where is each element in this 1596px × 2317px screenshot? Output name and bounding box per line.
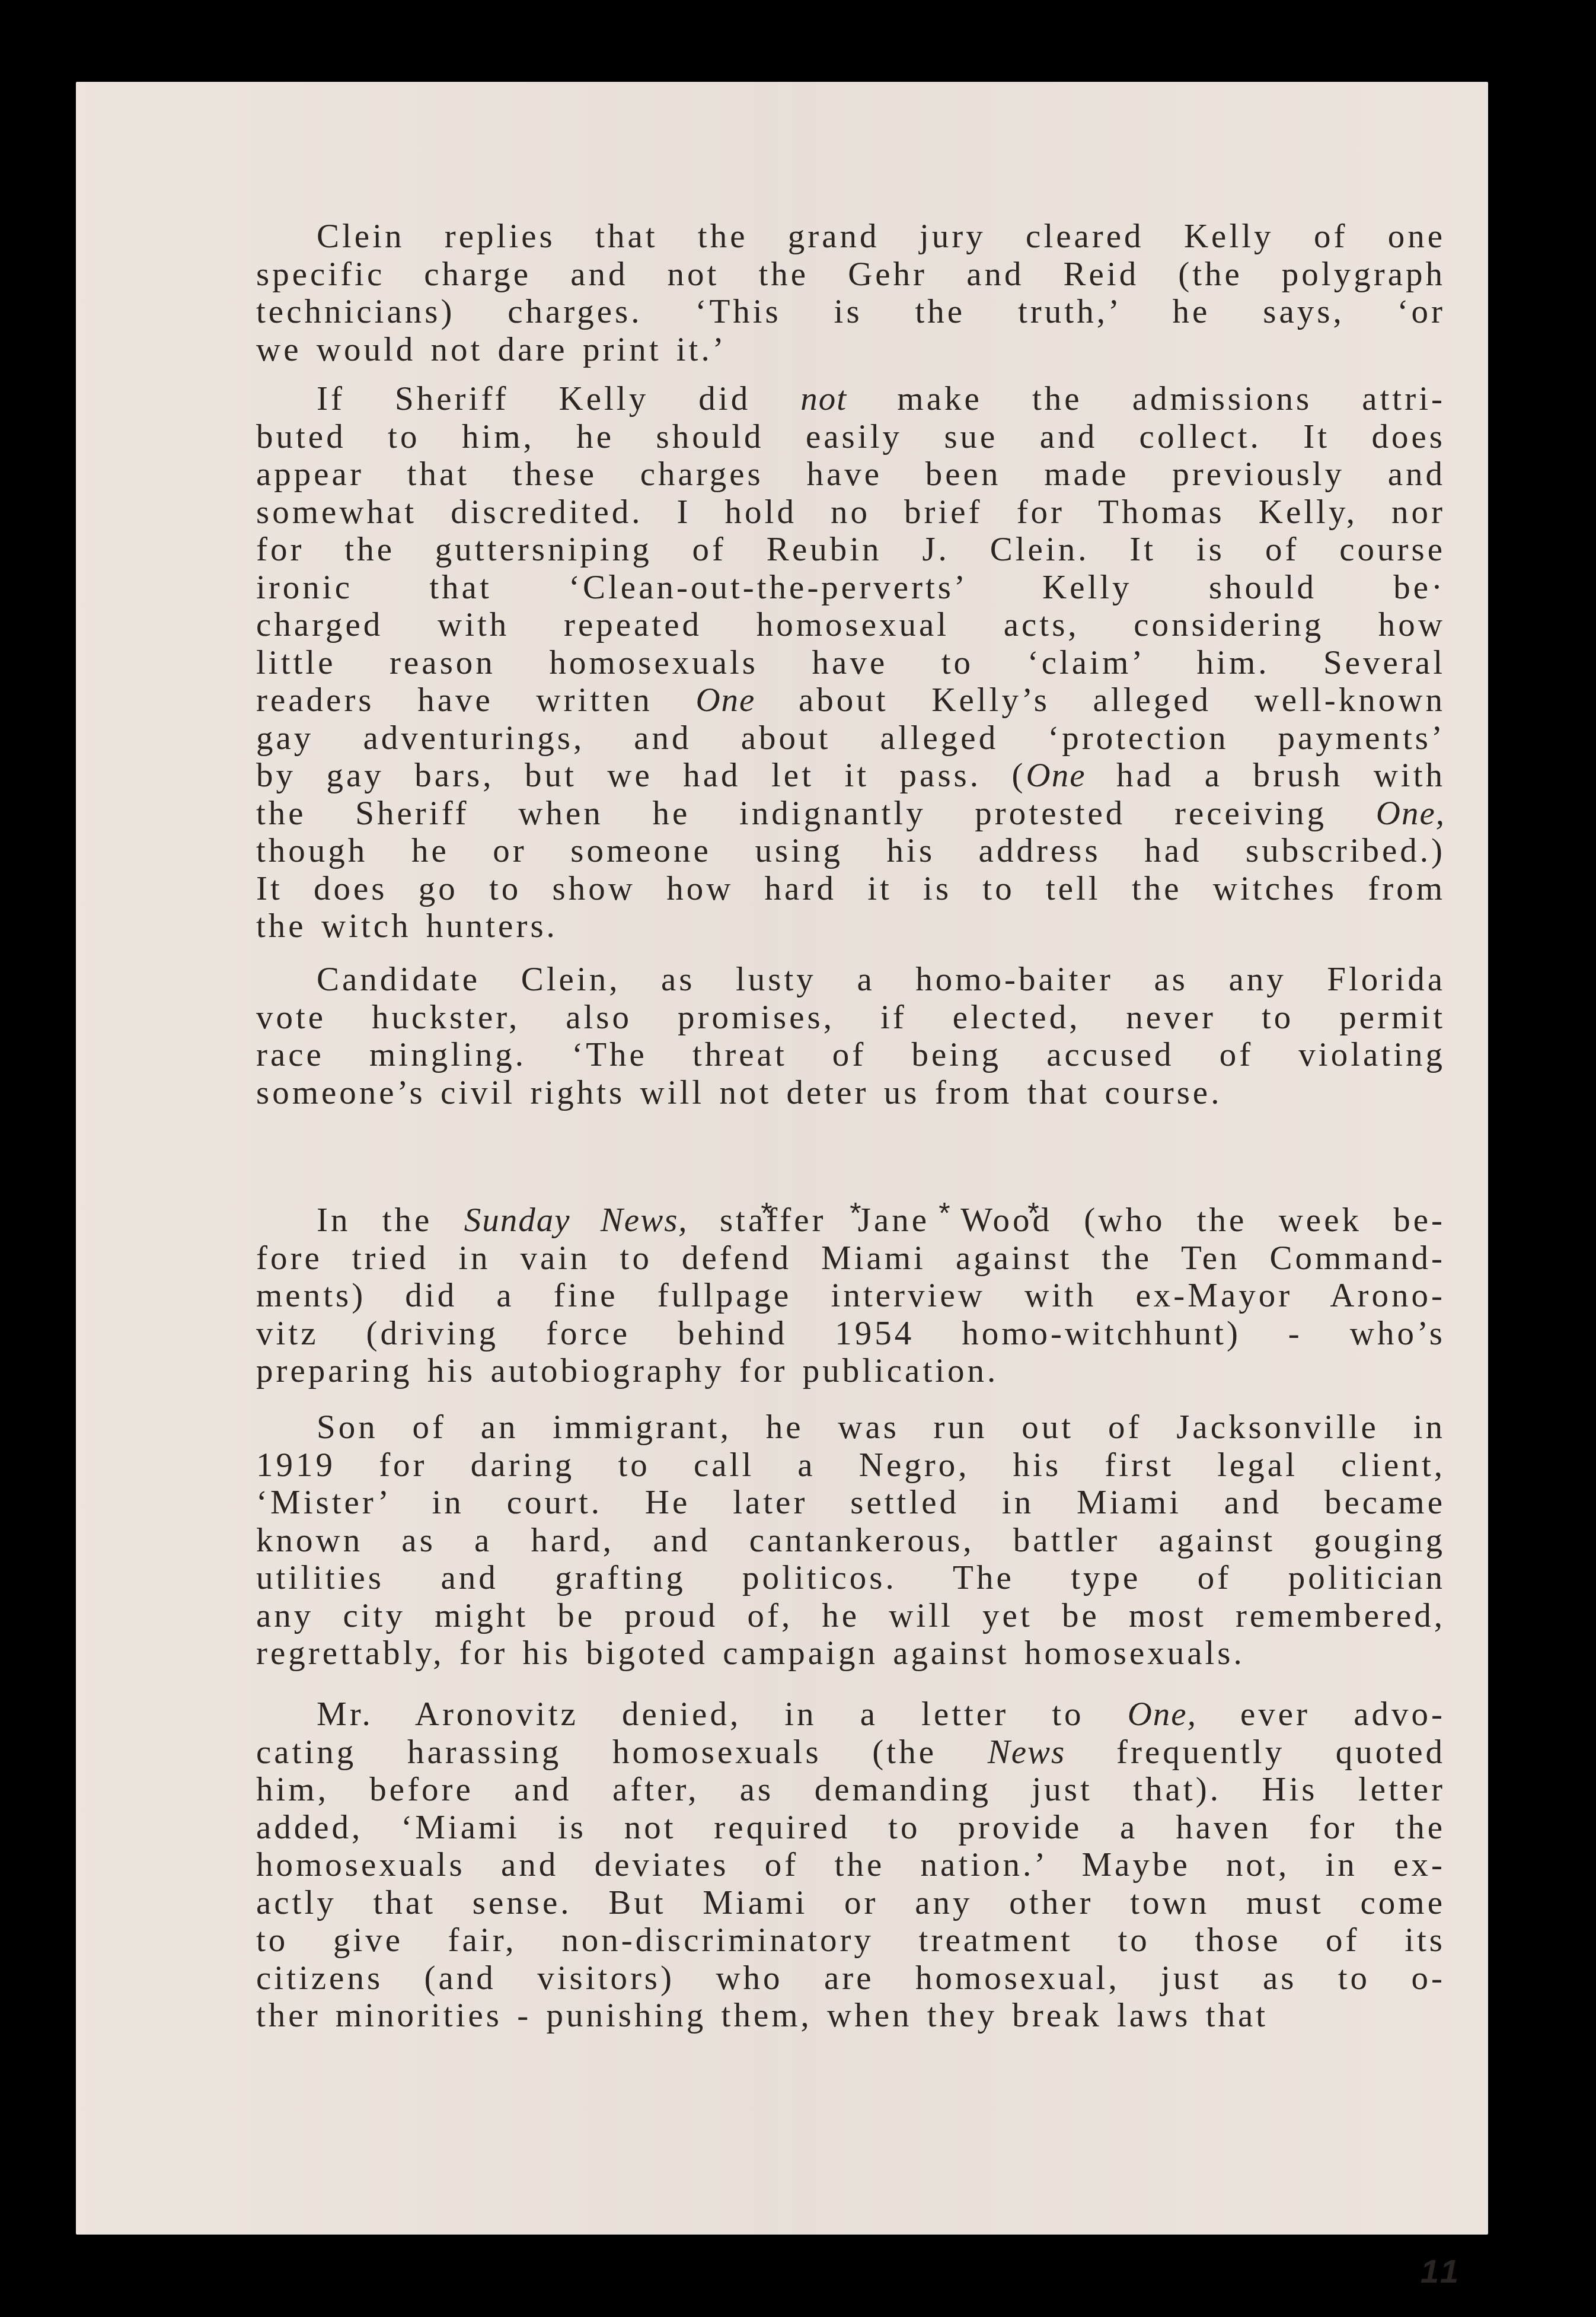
- italic-text: not: [800, 380, 847, 417]
- text-run: to give fair, non-discriminatory treatme…: [256, 1921, 1445, 1959]
- text-line: It does go to show how hard it is to tel…: [256, 870, 1445, 908]
- text-run: though he or someone using his address h…: [256, 832, 1445, 869]
- text-line: technicians) charges. ‘This is the truth…: [256, 293, 1445, 331]
- text-run: actly that sense. But Miami or any other…: [256, 1884, 1445, 1921]
- text-run: vitz (driving force behind 1954 homo-wit…: [256, 1315, 1445, 1352]
- text-run: ‘Mister’ in court. He later settled in M…: [256, 1484, 1445, 1521]
- text-line: for the guttersniping of Reubin J. Clein…: [256, 531, 1445, 569]
- text-run: cating harassing homosexuals (the: [256, 1733, 988, 1771]
- text-line: ‘Mister’ in court. He later settled in M…: [256, 1484, 1445, 1522]
- text-run: somewhat discredited. I hold no brief fo…: [256, 493, 1445, 531]
- text-line: race mingling. ‘The threat of being accu…: [256, 1036, 1445, 1074]
- italic-text: Sunday News,: [464, 1201, 688, 1239]
- text-line: the Sheriff when he indignantly proteste…: [256, 795, 1445, 833]
- text-line: ther minorities - punishing them, when t…: [256, 1997, 1445, 2035]
- text-line: Clein replies that the grand jury cleare…: [256, 218, 1445, 256]
- italic-text: News: [988, 1733, 1066, 1771]
- text-run: utilities and grafting politicos. The ty…: [256, 1559, 1445, 1596]
- text-run: someone’s civil rights will not deter us…: [256, 1074, 1222, 1111]
- text-line: any city might be proud of, he will yet …: [256, 1597, 1445, 1635]
- text-line: Mr. Aronovitz denied, in a letter to One…: [256, 1695, 1445, 1733]
- text-line: readers have written One about Kelly’s a…: [256, 681, 1445, 719]
- text-run: 1919 for daring to call a Negro, his fir…: [256, 1446, 1445, 1484]
- text-run: by gay bars, but we had let it pass. (: [256, 757, 1026, 794]
- text-run: little reason homosexuals have to ‘claim…: [256, 644, 1445, 681]
- text-run: known as a hard, and cantankerous, battl…: [256, 1522, 1445, 1559]
- text-run: specific charge and not the Gehr and Rei…: [256, 256, 1445, 293]
- text-run: added, ‘Miami is not required to provide…: [256, 1809, 1445, 1846]
- text-line: buted to him, he should easily sue and c…: [256, 418, 1445, 456]
- text-run: If Sheriff Kelly did: [317, 380, 800, 417]
- text-line: though he or someone using his address h…: [256, 832, 1445, 870]
- text-line: citizens (and visitors) who are homosexu…: [256, 1959, 1445, 1997]
- text-line: vitz (driving force behind 1954 homo-wit…: [256, 1315, 1445, 1353]
- text-run: Son of an immigrant, he was run out of J…: [317, 1408, 1445, 1446]
- text-run: make the admissions attri-: [847, 380, 1445, 417]
- text-line: If Sheriff Kelly did not make the admiss…: [256, 380, 1445, 418]
- text-run: homosexuals and deviates of the nation.’…: [256, 1846, 1445, 1883]
- text-line: we would not dare print it.’: [256, 331, 1445, 369]
- paragraph-3: Candidate Clein, as lusty a homo-baiter …: [256, 961, 1445, 1111]
- text-run: Candidate Clein, as lusty a homo-baiter …: [317, 961, 1445, 998]
- text-line: utilities and grafting politicos. The ty…: [256, 1559, 1445, 1597]
- text-line: homosexuals and deviates of the nation.’…: [256, 1846, 1445, 1884]
- text-run: technicians) charges. ‘This is the truth…: [256, 293, 1445, 330]
- text-line: ironic that ‘Clean-out-the-perverts’ Kel…: [256, 569, 1445, 607]
- text-line: someone’s civil rights will not deter us…: [256, 1074, 1445, 1112]
- text-line: 1919 for daring to call a Negro, his fir…: [256, 1446, 1445, 1484]
- text-run: the witch hunters.: [256, 907, 558, 945]
- text-line: regrettably, for his bigoted campaign ag…: [256, 1634, 1445, 1672]
- text-run: for the guttersniping of Reubin J. Clein…: [256, 531, 1445, 568]
- text-line: to give fair, non-discriminatory treatme…: [256, 1921, 1445, 1959]
- text-line: preparing his autobiography for publicat…: [256, 1352, 1445, 1390]
- text-line: Candidate Clein, as lusty a homo-baiter …: [256, 961, 1445, 999]
- text-run: appear that these charges have been made…: [256, 455, 1445, 493]
- text-line: somewhat discredited. I hold no brief fo…: [256, 493, 1445, 531]
- text-run: readers have written: [256, 681, 695, 719]
- text-line: known as a hard, and cantankerous, battl…: [256, 1522, 1445, 1560]
- text-run: regrettably, for his bigoted campaign ag…: [256, 1634, 1245, 1672]
- text-run: frequently quoted: [1065, 1733, 1445, 1771]
- text-line: specific charge and not the Gehr and Rei…: [256, 256, 1445, 294]
- text-run: vote huckster, also promises, if elected…: [256, 999, 1445, 1036]
- text-line: gay adventurings, and about alleged ‘pro…: [256, 719, 1445, 757]
- text-run: It does go to show how hard it is to tel…: [256, 870, 1445, 907]
- text-run: ever advo-: [1197, 1695, 1445, 1733]
- text-line: appear that these charges have been made…: [256, 455, 1445, 493]
- text-line: the witch hunters.: [256, 907, 1445, 945]
- text-run: gay adventurings, and about alleged ‘pro…: [256, 719, 1445, 757]
- page-number: 11: [1421, 2254, 1462, 2289]
- text-run: In the: [317, 1201, 464, 1239]
- text-line: Son of an immigrant, he was run out of J…: [256, 1408, 1445, 1446]
- text-run: ments) did a fine fullpage interview wit…: [256, 1277, 1445, 1314]
- paragraph-5: Son of an immigrant, he was run out of J…: [256, 1408, 1445, 1672]
- text-run: fore tried in vain to defend Miami again…: [256, 1239, 1445, 1277]
- text-line: little reason homosexuals have to ‘claim…: [256, 644, 1445, 682]
- paragraph-4: In the Sunday News, staffer Jane Wood (w…: [256, 1201, 1445, 1390]
- text-line: him, before and after, as demanding just…: [256, 1771, 1445, 1809]
- italic-text: One,: [1376, 795, 1445, 832]
- text-line: fore tried in vain to defend Miami again…: [256, 1239, 1445, 1277]
- italic-text: One,: [1128, 1695, 1197, 1733]
- text-run: Mr. Aronovitz denied, in a letter to: [317, 1695, 1128, 1733]
- document-page: * * * * 11 Clein replies that the grand …: [76, 82, 1488, 2235]
- text-line: by gay bars, but we had let it pass. (On…: [256, 757, 1445, 795]
- text-line: added, ‘Miami is not required to provide…: [256, 1809, 1445, 1847]
- paragraph-1: Clein replies that the grand jury cleare…: [256, 218, 1445, 368]
- text-run: Clein replies that the grand jury cleare…: [317, 218, 1445, 255]
- text-run: had a brush with: [1086, 757, 1445, 794]
- italic-text: One: [1026, 757, 1086, 794]
- text-run: citizens (and visitors) who are homosexu…: [256, 1959, 1445, 1997]
- text-run: him, before and after, as demanding just…: [256, 1771, 1445, 1808]
- text-run: race mingling. ‘The threat of being accu…: [256, 1036, 1445, 1073]
- paragraph-2: If Sheriff Kelly did not make the admiss…: [256, 380, 1445, 945]
- text-run: buted to him, he should easily sue and c…: [256, 418, 1445, 455]
- text-run: staffer Jane Wood (who the week be-: [688, 1201, 1445, 1239]
- text-line: cating harassing homosexuals (the News f…: [256, 1733, 1445, 1771]
- italic-text: One: [695, 681, 755, 719]
- text-run: preparing his autobiography for publicat…: [256, 1352, 998, 1389]
- text-line: actly that sense. But Miami or any other…: [256, 1884, 1445, 1922]
- text-run: any city might be proud of, he will yet …: [256, 1597, 1445, 1634]
- text-run: ironic that ‘Clean-out-the-perverts’ Kel…: [256, 569, 1445, 606]
- text-run: about Kelly’s alleged well-known: [755, 681, 1445, 719]
- text-run: the Sheriff when he indignantly proteste…: [256, 795, 1376, 832]
- text-line: In the Sunday News, staffer Jane Wood (w…: [256, 1201, 1445, 1239]
- text-line: charged with repeated homosexual acts, c…: [256, 606, 1445, 644]
- text-line: ments) did a fine fullpage interview wit…: [256, 1277, 1445, 1315]
- paragraph-6: Mr. Aronovitz denied, in a letter to One…: [256, 1695, 1445, 2035]
- text-run: we would not dare print it.’: [256, 331, 727, 368]
- text-run: charged with repeated homosexual acts, c…: [256, 606, 1445, 643]
- text-run: ther minorities - punishing them, when t…: [256, 1997, 1268, 2034]
- text-line: vote huckster, also promises, if elected…: [256, 999, 1445, 1037]
